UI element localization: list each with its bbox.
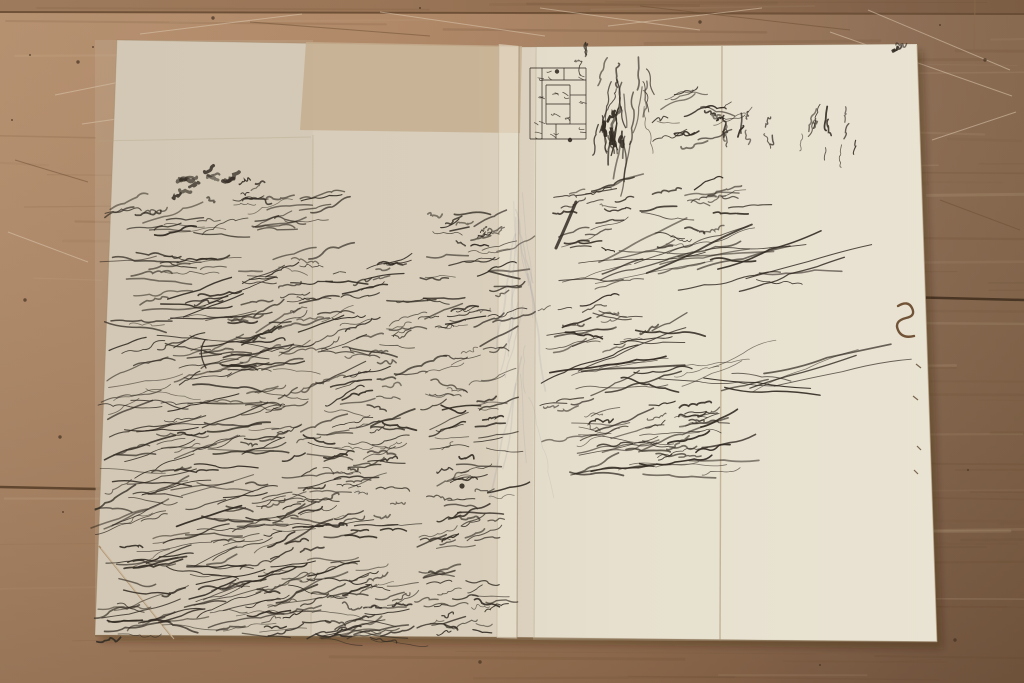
- ink-blot: [459, 483, 464, 488]
- wood-speck: [92, 46, 94, 48]
- ink-stroke: [239, 271, 262, 272]
- plank-seam: [974, 0, 975, 54]
- glued-paper-patch: [300, 42, 522, 133]
- wood-speck: [983, 58, 986, 61]
- paper-tint-region: [533, 44, 937, 642]
- wood-speck: [76, 60, 79, 63]
- wood-speck: [23, 298, 26, 301]
- manuscript-photo: [0, 0, 1024, 683]
- grain-line: [130, 651, 221, 652]
- wood-speck: [58, 435, 61, 438]
- wood-speck: [62, 511, 64, 513]
- wood-speck: [819, 664, 821, 666]
- wood-speck: [211, 16, 214, 19]
- wood-speck: [478, 660, 481, 663]
- grain-line: [474, 677, 734, 678]
- wood-speck: [967, 469, 969, 471]
- wood-speck: [11, 119, 13, 121]
- diagram-dot: [555, 69, 559, 73]
- grain-line: [491, 3, 777, 5]
- ink-stroke: [603, 122, 605, 135]
- wood-speck: [419, 7, 421, 9]
- ink-stroke: [612, 137, 615, 146]
- wood-speck: [939, 24, 941, 26]
- wood-speck: [698, 20, 701, 23]
- grain-line: [784, 661, 947, 662]
- wood-speck: [953, 638, 956, 641]
- photo-scene: [0, 0, 1024, 683]
- wood-speck: [29, 54, 31, 56]
- grain-line: [961, 539, 1024, 540]
- diagram-dot: [568, 138, 572, 142]
